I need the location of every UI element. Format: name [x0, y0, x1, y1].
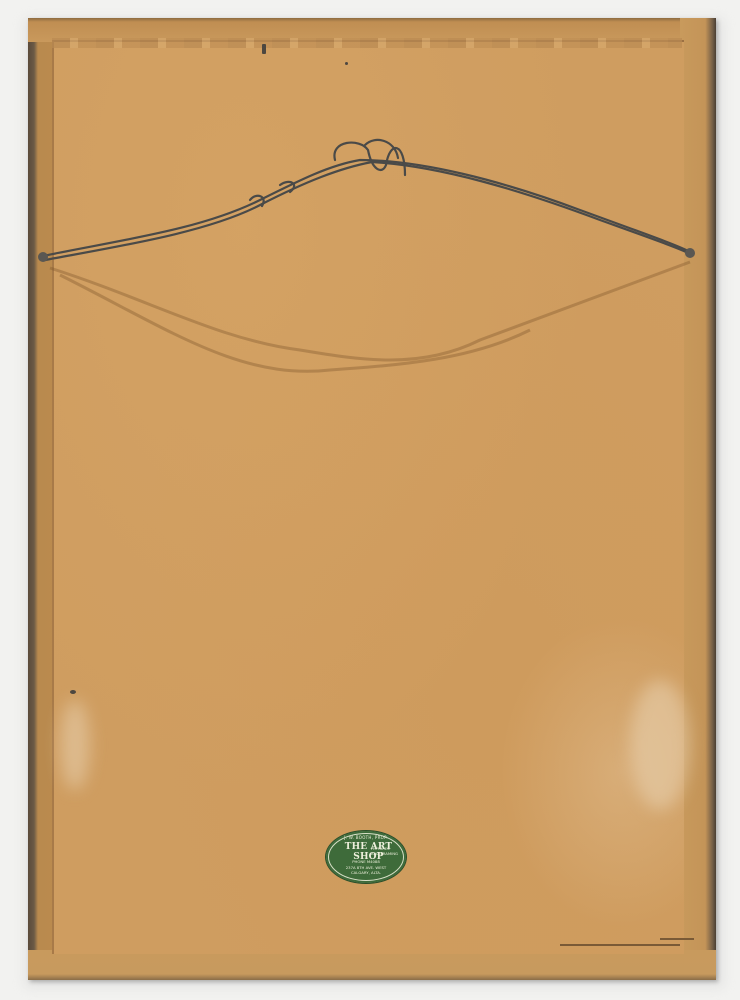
right-wire-anchor-icon [685, 248, 695, 258]
label-address-line2: CALGARY, ALTA. [326, 870, 406, 875]
label-services: PICTURES AND FRAMING [371, 846, 398, 856]
label-service-line2: AND FRAMING [371, 851, 398, 856]
label-proprietor: J. W. BOOTH, PROP. [326, 835, 406, 840]
label-phone: PHONE M4088 [326, 859, 406, 864]
label-address: 237A 8TH AVE. WEST CALGARY, ALTA. [326, 865, 406, 875]
framer-label: J. W. BOOTH, PROP. THE ART SHOP PICTURES… [325, 830, 407, 884]
left-wire-anchor-icon [38, 252, 48, 262]
